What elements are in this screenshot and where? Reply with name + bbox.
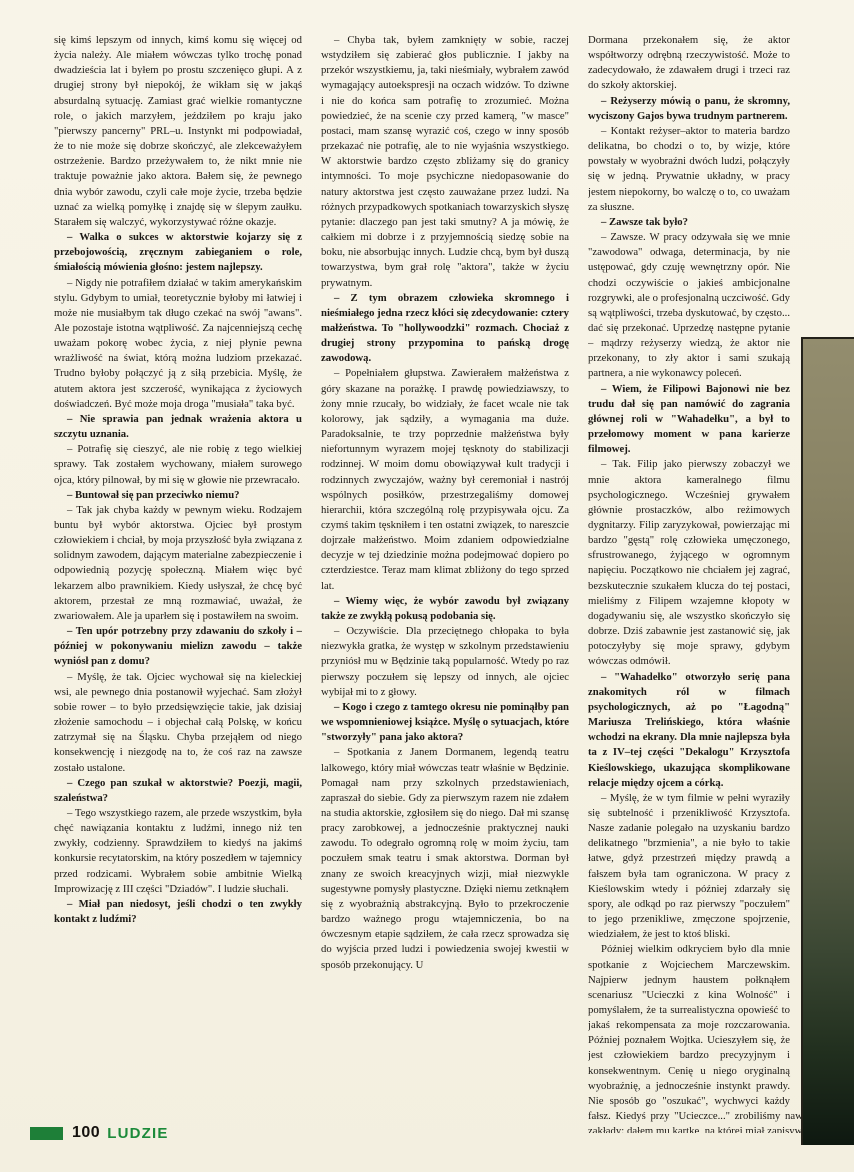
interview-question: – Reżyserzy mówią o panu, że skromny, wy… <box>588 94 836 124</box>
interview-answer: – Kontakt reżyser–aktor to materia bardz… <box>588 124 836 215</box>
text-column-1: się kimś lepszym od innych, kimś komu si… <box>54 33 302 1133</box>
text-column-2: – Chyba tak, byłem zamknięty w sobie, ra… <box>321 33 569 1133</box>
interview-question: – Miał pan niedosyt, jeśli chodzi o ten … <box>54 897 302 927</box>
interview-question: – Ten upór potrzebny przy zdawaniu do sz… <box>54 624 302 669</box>
interview-answer: – Potrafię się cieszyć, ale nie robię z … <box>54 442 302 487</box>
interview-answer: się kimś lepszym od innych, kimś komu si… <box>54 33 302 230</box>
section-marker-bar <box>30 1127 63 1140</box>
interview-question: – Czego pan szukał w aktorstwie? Poezji,… <box>54 776 302 806</box>
article-columns: się kimś lepszym od innych, kimś komu si… <box>54 33 836 1133</box>
interview-answer: – Oczywiście. Dla przeciętnego chłopaka … <box>321 624 569 700</box>
page-number: 100 <box>72 1124 100 1142</box>
interview-answer: – Popełniałem głupstwa. Zawierałem małże… <box>321 366 569 593</box>
interview-question: – Buntował się pan przeciwko niemu? <box>54 488 302 503</box>
interview-answer: – Tak jak chyba każdy w pewnym wieku. Ro… <box>54 503 302 624</box>
text-column-3: Dormana przekonałem się, że aktor współt… <box>588 33 836 1133</box>
interview-question: – Wiemy więc, że wybór zawodu był związa… <box>321 594 569 624</box>
interview-answer: – Nigdy nie potrafiłem działać w takim a… <box>54 276 302 412</box>
interview-answer: – Chyba tak, byłem zamknięty w sobie, ra… <box>321 33 569 291</box>
interview-answer: Dormana przekonałem się, że aktor współt… <box>588 33 836 94</box>
interview-question: – Zawsze tak było? <box>588 215 836 230</box>
section-label: LUDZIE <box>107 1125 168 1142</box>
interview-question: – Kogo i czego z tamtego okresu nie pomi… <box>321 700 569 745</box>
interview-question: – Z tym obrazem człowieka skromnego i ni… <box>321 291 569 367</box>
interview-answer: – Myślę, że tak. Ojciec wychował się na … <box>54 670 302 776</box>
page-footer: 100 LUDZIE <box>30 1124 169 1142</box>
interview-question: – Nie sprawia pan jednak wrażenia aktora… <box>54 412 302 442</box>
magazine-page: się kimś lepszym od innych, kimś komu si… <box>0 0 854 1172</box>
interview-answer: – Tego wszystkiego razem, ale przede wsz… <box>54 806 302 897</box>
photo-edge-strip <box>801 337 854 1145</box>
interview-question: – Walka o sukces w aktorstwie kojarzy si… <box>54 230 302 275</box>
interview-answer: – Spotkania z Janem Dormanem, legendą te… <box>321 745 569 972</box>
